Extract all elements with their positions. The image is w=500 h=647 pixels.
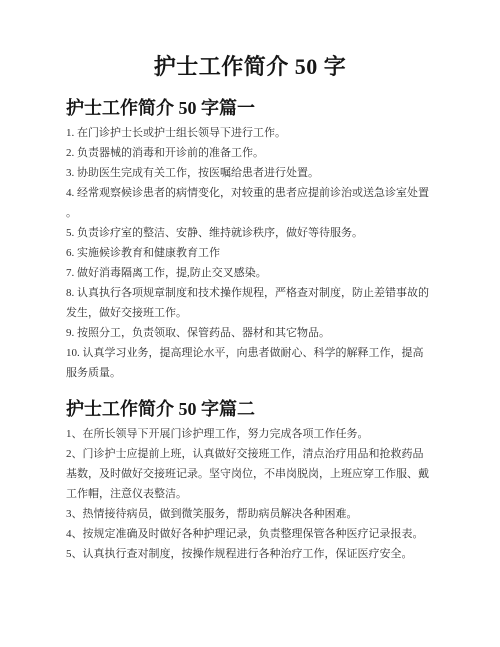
section-two: 护士工作简介 50 字篇二 1、在所长领导下开展门诊护理工作，努力完成各项工作任… [66, 397, 434, 564]
list-item: 2、门诊护士应提前上班，认真做好交接班工作，清点治疗用品和抢救药品基数，及时做好… [66, 444, 434, 504]
list-item: 3. 协助医生完成有关工作，按医嘱给患者进行处置。 [66, 163, 434, 183]
list-item: 10. 认真学习业务，提高理论水平，向患者做耐心、科学的解释工作，提高服务质量。 [66, 343, 434, 383]
list-item: 4. 经常观察候诊患者的病情变化，对较重的患者应提前诊治或送急诊室处置。 [66, 183, 434, 223]
list-item: 8. 认真执行各项规章制度和技术操作规程，严格查对制度，防止差错事故的发生，做好… [66, 283, 434, 323]
list-item: 4、按规定准确及时做好各种护理记录，负责整理保管各种医疗记录报表。 [66, 524, 434, 544]
list-item: 5、认真执行查对制度，按操作规程进行各种治疗工作，保证医疗安全。 [66, 544, 434, 564]
list-item: 1. 在门诊护士长或护士组长领导下进行工作。 [66, 123, 434, 143]
list-item: 6. 实施候诊教育和健康教育工作 [66, 243, 434, 263]
list-item: 9. 按照分工，负责领取、保管药品、器材和其它物品。 [66, 323, 434, 343]
list-item: 3、热情接待病员，做到微笑服务，帮助病员解决各种困难。 [66, 504, 434, 524]
section-two-heading: 护士工作简介 50 字篇二 [66, 397, 434, 421]
section-one: 护士工作简介 50 字篇一 1. 在门诊护士长或护士组长领导下进行工作。 2. … [66, 96, 434, 383]
list-item: 1、在所长领导下开展门诊护理工作，努力完成各项工作任务。 [66, 424, 434, 444]
list-item: 7. 做好消毒隔离工作，提,防止交叉感染。 [66, 263, 434, 283]
section-one-heading: 护士工作简介 50 字篇一 [66, 96, 434, 120]
list-item: 5. 负责诊疗室的整洁、安静、维持就诊秩序，做好等待服务。 [66, 223, 434, 243]
list-item: 2. 负责器械的消毒和开诊前的准备工作。 [66, 143, 434, 163]
document-title: 护士工作简介 50 字 [66, 52, 434, 82]
document-page: 护士工作简介 50 字 护士工作简介 50 字篇一 1. 在门诊护士长或护士组长… [0, 0, 500, 647]
